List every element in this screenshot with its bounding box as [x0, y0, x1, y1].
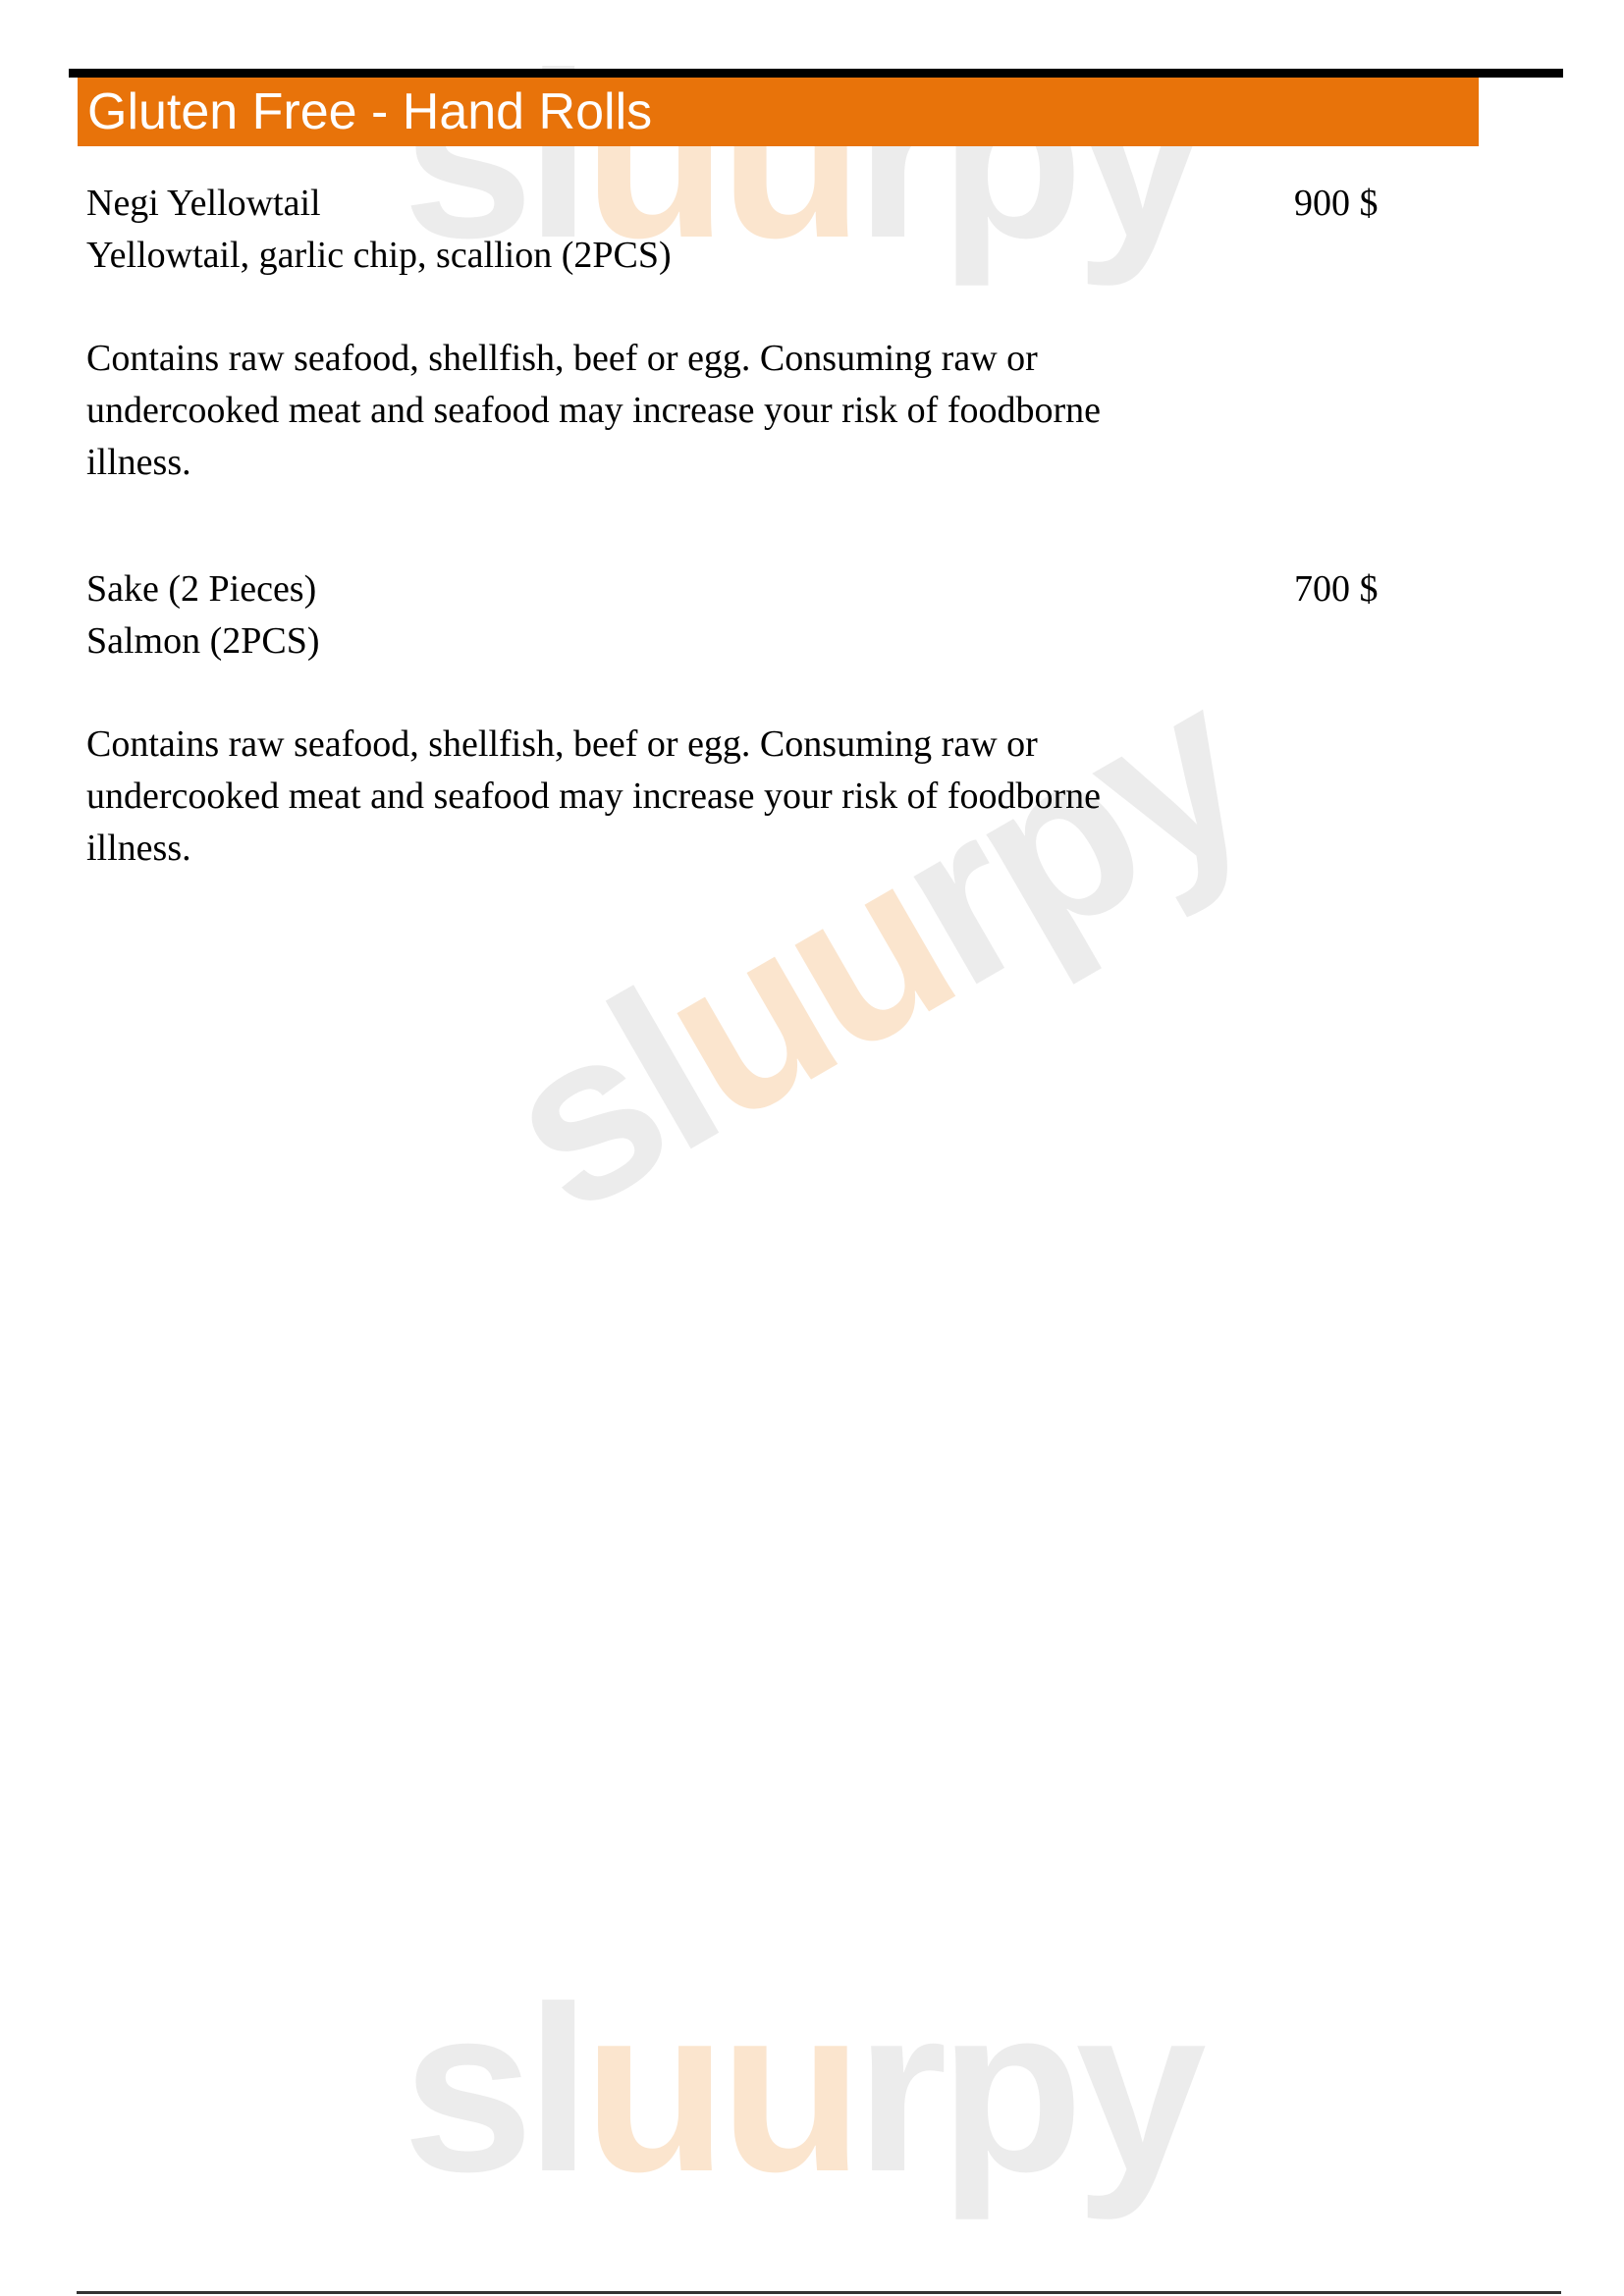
item-description: Yellowtail, garlic chip, scallion (2PCS): [86, 234, 672, 277]
item-disclaimer: illness.: [86, 441, 191, 484]
item-disclaimer: Contains raw seafood, shellfish, beef or…: [86, 337, 1038, 380]
item-price: 900 $: [1294, 182, 1379, 225]
bottom-rule: [77, 2291, 1561, 2294]
item-price: 700 $: [1294, 567, 1379, 611]
section-header: Gluten Free - Hand Rolls: [78, 78, 1479, 146]
item-description: Salmon (2PCS): [86, 619, 320, 663]
item-disclaimer: Contains raw seafood, shellfish, beef or…: [86, 722, 1038, 766]
item-disclaimer: undercooked meat and seafood may increas…: [86, 389, 1101, 432]
section-title: Gluten Free - Hand Rolls: [87, 83, 652, 140]
top-rule: [69, 69, 1563, 78]
watermark: sluurpy: [403, 1953, 1199, 2224]
item-name: Sake (2 Pieces): [86, 567, 316, 611]
item-name: Negi Yellowtail: [86, 182, 321, 225]
item-disclaimer: undercooked meat and seafood may increas…: [86, 774, 1101, 818]
item-disclaimer: illness.: [86, 827, 191, 870]
